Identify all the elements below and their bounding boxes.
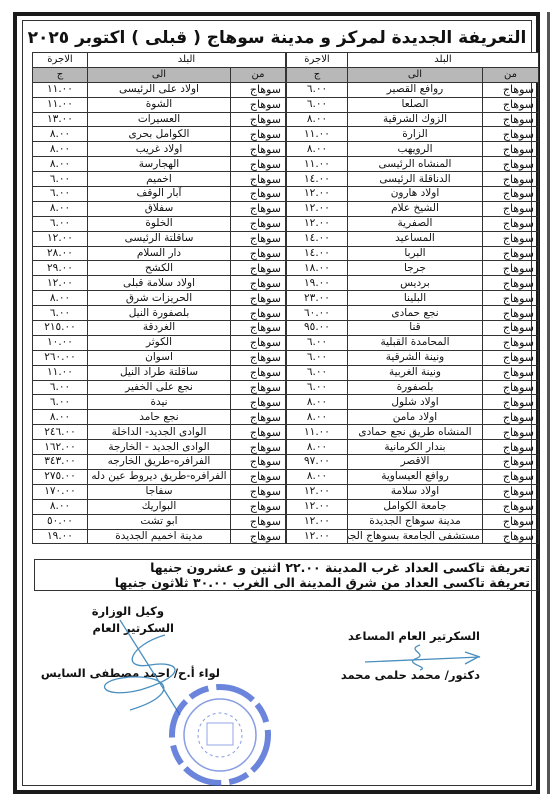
cell-to: المنشاه طريق نجع حمادى <box>348 425 483 440</box>
table-row: سوهاجونينة الغربية٦.٠٠ <box>287 365 539 380</box>
cell-fare: ٩٧.٠٠ <box>287 455 348 470</box>
cell-from: سوهاج <box>483 172 539 187</box>
table-row: سوهاجالصلعا٦.٠٠ <box>287 97 539 112</box>
cell-fare: ٦.٠٠ <box>33 172 88 187</box>
cell-to: اولاد غريب <box>88 142 231 157</box>
cell-from: سوهاج <box>231 231 286 246</box>
cell-fare: ٨.٠٠ <box>33 291 88 306</box>
cell-fare: ٢١٥.٠٠ <box>33 321 88 336</box>
cell-fare: ٥٠.٠٠ <box>33 514 88 529</box>
cell-fare: ١٢.٠٠ <box>287 187 348 202</box>
cell-from: سوهاج <box>483 395 539 410</box>
cell-from: سوهاج <box>231 261 286 276</box>
cell-to: بلصفورة <box>348 380 483 395</box>
table-row: سوهاجسفاجا١٧٠.٠٠ <box>33 484 286 499</box>
cell-fare: ٢٣.٠٠ <box>287 291 348 306</box>
cell-fare: ٦.٠٠ <box>33 380 88 395</box>
cell-fare: ١٩.٠٠ <box>33 529 88 544</box>
cell-to: ونينة الشرقية <box>348 350 483 365</box>
cell-from: سوهاج <box>231 97 286 112</box>
cell-from: سوهاج <box>483 142 539 157</box>
cell-to: نجع على الخفير <box>88 380 231 395</box>
cell-from: سوهاج <box>231 455 286 470</box>
cell-fare: ١٢.٠٠ <box>287 499 348 514</box>
cell-fare: ٩٥.٠٠ <box>287 321 348 336</box>
cell-fare: ١١.٠٠ <box>287 127 348 142</box>
cell-fare: ١٢.٠٠ <box>33 276 88 291</box>
cell-from: سوهاج <box>483 484 539 499</box>
cell-to: الزارة <box>348 127 483 142</box>
cell-to: اخميم <box>88 172 231 187</box>
header-fare: الاجرة <box>287 53 348 68</box>
table-row: سوهاجالمنشاه طريق نجع حمادى١١.٠٠ <box>287 425 539 440</box>
cell-fare: ٢٧٥.٠٠ <box>33 469 88 484</box>
cell-fare: ١٤.٠٠ <box>287 246 348 261</box>
table-row: سوهاجالبلينا٢٣.٠٠ <box>287 291 539 306</box>
cell-from: سوهاج <box>231 440 286 455</box>
cell-to: الفرافره-طريق ديروط عين دله <box>88 469 231 484</box>
table-row: سوهاجالبربا١٤.٠٠ <box>287 246 539 261</box>
cell-fare: ٦.٠٠ <box>287 82 348 97</box>
cell-from: سوهاج <box>483 187 539 202</box>
cell-to: مدينة اخميم الجديدة <box>88 529 231 544</box>
cell-fare: ١٢.٠٠ <box>287 201 348 216</box>
cell-fare: ١٢.٠٠ <box>287 216 348 231</box>
cell-from: سوهاج <box>231 142 286 157</box>
cell-to: الشوة <box>88 97 231 112</box>
cell-from: سوهاج <box>483 246 539 261</box>
cell-fare: ٦.٠٠ <box>287 365 348 380</box>
table-row: سوهاجسفلاق٨.٠٠ <box>33 201 286 216</box>
cell-to: جامعة الكوامل <box>348 499 483 514</box>
table-row: سوهاجالشوة١١.٠٠ <box>33 97 286 112</box>
table-row: سوهاجاخميم٦.٠٠ <box>33 172 286 187</box>
cell-to: الزوك الشرقية <box>348 112 483 127</box>
cell-from: سوهاج <box>483 469 539 484</box>
cell-from: سوهاج <box>231 350 286 365</box>
cell-to: الخلوة <box>88 216 231 231</box>
cell-to: الوادى الجديد- الداخلة <box>88 425 231 440</box>
table-row: سوهاجالزوك الشرقية٨.٠٠ <box>287 112 539 127</box>
cell-fare: ١٣.٠٠ <box>33 112 88 127</box>
cell-from: سوهاج <box>231 201 286 216</box>
table-row: سوهاجمستشفى الجامعة بسوهاج الجديدة١٢.٠٠ <box>287 529 539 544</box>
cell-fare: ١٧٠.٠٠ <box>33 484 88 499</box>
cell-to: قنا <box>348 321 483 336</box>
cell-from: سوهاج <box>483 276 539 291</box>
header-currency: ج <box>287 67 348 82</box>
cell-to: جرجا <box>348 261 483 276</box>
cell-from: سوهاج <box>483 201 539 216</box>
cell-from: سوهاج <box>231 291 286 306</box>
table-row: سوهاجاولاد مامن٨.٠٠ <box>287 410 539 425</box>
cell-fare: ١١.٠٠ <box>33 97 88 112</box>
document-title: التعريفة الجديدة لمركز و مدينة سوهاج ( ق… <box>24 28 530 48</box>
cell-from: سوهاج <box>483 157 539 172</box>
cell-to: الكوثر <box>88 335 231 350</box>
header-from: من <box>231 67 286 82</box>
cell-fare: ١٨.٠٠ <box>287 261 348 276</box>
table-row: سوهاجالبواريك٨.٠٠ <box>33 499 286 514</box>
cell-from: سوهاج <box>231 187 286 202</box>
cell-from: سوهاج <box>231 395 286 410</box>
cell-from: سوهاج <box>483 335 539 350</box>
cell-from: سوهاج <box>231 380 286 395</box>
table-row: سوهاجبلصفورة٦.٠٠ <box>287 380 539 395</box>
table-row: سوهاجاولاد على الرئيسى١١.٠٠ <box>33 82 286 97</box>
cell-to: المساعيد <box>348 231 483 246</box>
cell-from: سوهاج <box>231 365 286 380</box>
cell-from: سوهاج <box>483 410 539 425</box>
cell-to: اولاد هارون <box>348 187 483 202</box>
table-row: سوهاجدار السلام٢٨.٠٠ <box>33 246 286 261</box>
cell-fare: ٣٤٣.٠٠ <box>33 455 88 470</box>
cell-to: الكشح <box>88 261 231 276</box>
cell-to: دار السلام <box>88 246 231 261</box>
table-row: سوهاجالفرافره-طريق الخارجه٣٤٣.٠٠ <box>33 455 286 470</box>
cell-to: البواريك <box>88 499 231 514</box>
cell-from: سوهاج <box>483 216 539 231</box>
table-row: سوهاجالغردقة٢١٥.٠٠ <box>33 321 286 336</box>
fare-table-right: البلد الاجرة من الى ج سوهاجروافع القصير٦… <box>286 52 539 544</box>
cell-to: اولاد سلامة <box>348 484 483 499</box>
cell-from: سوهاج <box>231 321 286 336</box>
table-row: سوهاجالصفرية١٢.٠٠ <box>287 216 539 231</box>
cell-to: سفلاق <box>88 201 231 216</box>
table-row: سوهاجاولاد هارون١٢.٠٠ <box>287 187 539 202</box>
cell-to: روافع القصير <box>348 82 483 97</box>
cell-from: سوهاج <box>483 440 539 455</box>
cell-to: الشيخ علام <box>348 201 483 216</box>
cell-to: نجع حامد <box>88 410 231 425</box>
cell-from: سوهاج <box>231 514 286 529</box>
table-row: سوهاجنجع على الخفير٦.٠٠ <box>33 380 286 395</box>
cell-from: سوهاج <box>483 82 539 97</box>
cell-fare: ٦.٠٠ <box>287 335 348 350</box>
note-east-west: تعريفة تاكسى العداد من شرق المدينة الى ا… <box>35 575 530 590</box>
table-row: سوهاجنجع حمادى٦٠.٠٠ <box>287 306 539 321</box>
cell-fare: ١٩.٠٠ <box>287 276 348 291</box>
cell-to: اولاد سلامة قبلى <box>88 276 231 291</box>
table-row: سوهاججامعة الكوامل١٢.٠٠ <box>287 499 539 514</box>
fare-tables: البلد الاجرة من الى ج سوهاجروافع القصير٦… <box>34 52 539 544</box>
cell-fare: ٨.٠٠ <box>287 142 348 157</box>
cell-to: الرويهب <box>348 142 483 157</box>
cell-fare: ١٢.٠٠ <box>287 529 348 544</box>
table-row: سوهاجالكوثر١٠.٠٠ <box>33 335 286 350</box>
cell-from: سوهاج <box>231 112 286 127</box>
cell-fare: ١١.٠٠ <box>33 82 88 97</box>
table-row: سوهاجنيدة٦.٠٠ <box>33 395 286 410</box>
cell-from: سوهاج <box>231 410 286 425</box>
table-row: سوهاجابو تشت٥٠.٠٠ <box>33 514 286 529</box>
table-row: سوهاجبندار الكرمانية٨.٠٠ <box>287 440 539 455</box>
table-row: سوهاجالمنشاه الرئيسى١١.٠٠ <box>287 157 539 172</box>
cell-to: الغردقة <box>88 321 231 336</box>
cell-from: سوهاج <box>231 276 286 291</box>
cell-fare: ٦.٠٠ <box>33 216 88 231</box>
cell-from: سوهاج <box>231 82 286 97</box>
cell-fare: ١٤.٠٠ <box>287 172 348 187</box>
fare-table-left: البلد الاجرة من الى ج سوهاجاولاد على الر… <box>32 52 286 544</box>
cell-fare: ١١.٠٠ <box>33 365 88 380</box>
cell-from: سوهاج <box>231 499 286 514</box>
header-fare: الاجرة <box>33 53 88 68</box>
cell-fare: ٢٦٠.٠٠ <box>33 350 88 365</box>
table-row: سوهاجآبار الوقف٦.٠٠ <box>33 187 286 202</box>
cell-from: سوهاج <box>483 127 539 142</box>
cell-from: سوهاج <box>483 306 539 321</box>
cell-from: سوهاج <box>231 529 286 544</box>
cell-fare: ١١.٠٠ <box>287 157 348 172</box>
header-to: الى <box>88 67 231 82</box>
table-row: سوهاجمدينة سوهاج الجديدة١٢.٠٠ <box>287 514 539 529</box>
table-row: سوهاجالوادى الجديد- الداخلة٢٤٦.٠٠ <box>33 425 286 440</box>
cell-from: سوهاج <box>231 127 286 142</box>
table-row: سوهاجالزارة١١.٠٠ <box>287 127 539 142</box>
cell-to: مدينة سوهاج الجديدة <box>348 514 483 529</box>
cell-to: آبار الوقف <box>88 187 231 202</box>
cell-from: سوهاج <box>231 172 286 187</box>
cell-to: البلينا <box>348 291 483 306</box>
cell-fare: ٨.٠٠ <box>287 440 348 455</box>
cell-to: الوادى الجديد - الخارجة <box>88 440 231 455</box>
cell-fare: ٨.٠٠ <box>287 469 348 484</box>
cell-from: سوهاج <box>483 499 539 514</box>
cell-to: نيدة <box>88 395 231 410</box>
cell-fare: ٦.٠٠ <box>287 380 348 395</box>
cell-fare: ٨.٠٠ <box>33 127 88 142</box>
table-row: سوهاجالمساعيد١٤.٠٠ <box>287 231 539 246</box>
table-row: سوهاجاولاد سلامة قبلى١٢.٠٠ <box>33 276 286 291</box>
cell-fare: ١٢.٠٠ <box>287 514 348 529</box>
table-row: سوهاجمدينة اخميم الجديدة١٩.٠٠ <box>33 529 286 544</box>
header-currency: ج <box>33 67 88 82</box>
table-row: سوهاجالكشح٢٩.٠٠ <box>33 261 286 276</box>
cell-to: ساقلتة الرئيسى <box>88 231 231 246</box>
table-row: سوهاجالدناقلة الرئيسى١٤.٠٠ <box>287 172 539 187</box>
cell-from: سوهاج <box>483 425 539 440</box>
table-row: سوهاجالرويهب٨.٠٠ <box>287 142 539 157</box>
cell-fare: ٦.٠٠ <box>287 97 348 112</box>
cell-fare: ١٤.٠٠ <box>287 231 348 246</box>
table-row: سوهاجبلصفورة النيل٦.٠٠ <box>33 306 286 321</box>
cell-to: برديس <box>348 276 483 291</box>
page-border-edge <box>547 12 550 794</box>
cell-to: الهجارسة <box>88 157 231 172</box>
cell-to: مستشفى الجامعة بسوهاج الجديدة <box>348 529 483 544</box>
table-row: سوهاجالاقصر٩٧.٠٠ <box>287 455 539 470</box>
table-row: سوهاجنجع حامد٨.٠٠ <box>33 410 286 425</box>
table-row: سوهاجاولاد شلول٨.٠٠ <box>287 395 539 410</box>
table-row: سوهاججرجا١٨.٠٠ <box>287 261 539 276</box>
cell-fare: ٨.٠٠ <box>33 157 88 172</box>
cell-to: اولاد على الرئيسى <box>88 82 231 97</box>
cell-from: سوهاج <box>483 291 539 306</box>
cell-to: بندار الكرمانية <box>348 440 483 455</box>
cell-fare: ٨.٠٠ <box>287 395 348 410</box>
cell-fare: ٦.٠٠ <box>33 395 88 410</box>
cell-from: سوهاج <box>483 112 539 127</box>
table-row: سوهاجالحريزات شرق٨.٠٠ <box>33 291 286 306</box>
cell-fare: ٢٩.٠٠ <box>33 261 88 276</box>
cell-to: المنشاه الرئيسى <box>348 157 483 172</box>
table-row: سوهاجالشيخ علام١٢.٠٠ <box>287 201 539 216</box>
cell-to: سفاجا <box>88 484 231 499</box>
cell-fare: ٢٤٦.٠٠ <box>33 425 88 440</box>
table-row: سوهاجاولاد سلامة١٢.٠٠ <box>287 484 539 499</box>
table-row: سوهاجساقلتة طراد النيل١١.٠٠ <box>33 365 286 380</box>
cell-from: سوهاج <box>231 157 286 172</box>
header-place: البلد <box>348 53 539 68</box>
cell-to: ابو تشت <box>88 514 231 529</box>
cell-to: الحريزات شرق <box>88 291 231 306</box>
cell-fare: ٨.٠٠ <box>33 410 88 425</box>
handwritten-signature-icon <box>360 642 490 672</box>
table-row: سوهاجبرديس١٩.٠٠ <box>287 276 539 291</box>
cell-to: الكوامل بحرى <box>88 127 231 142</box>
cell-fare: ٨.٠٠ <box>33 499 88 514</box>
cell-fare: ١٢.٠٠ <box>33 231 88 246</box>
table-row: سوهاجساقلتة الرئيسى١٢.٠٠ <box>33 231 286 246</box>
cell-from: سوهاج <box>483 261 539 276</box>
cell-from: سوهاج <box>483 350 539 365</box>
cell-from: سوهاج <box>483 97 539 112</box>
cell-to: العسيرات <box>88 112 231 127</box>
table-row: سوهاجروافع العيساوية٨.٠٠ <box>287 469 539 484</box>
cell-fare: ٢٨.٠٠ <box>33 246 88 261</box>
note-west: تعريفة تاكسى العداد غرب المدينة ٢٢.٠٠ اث… <box>35 560 530 575</box>
cell-fare: ٦.٠٠ <box>287 350 348 365</box>
cell-from: سوهاج <box>231 484 286 499</box>
cell-fare: ١١.٠٠ <box>287 425 348 440</box>
table-row: سوهاجالخلوة٦.٠٠ <box>33 216 286 231</box>
cell-fare: ٦.٠٠ <box>33 187 88 202</box>
cell-fare: ٦.٠٠ <box>33 306 88 321</box>
table-row: سوهاجالمحامدة القبلية٦.٠٠ <box>287 335 539 350</box>
table-row: سوهاجالهجارسة٨.٠٠ <box>33 157 286 172</box>
cell-from: سوهاج <box>231 425 286 440</box>
cell-from: سوهاج <box>231 246 286 261</box>
cell-fare: ١٦٢.٠٠ <box>33 440 88 455</box>
cell-from: سوهاج <box>483 514 539 529</box>
cell-to: اسوان <box>88 350 231 365</box>
cell-to: اولاد مامن <box>348 410 483 425</box>
cell-from: سوهاج <box>483 380 539 395</box>
table-row: سوهاجالفرافره-طريق ديروط عين دله٢٧٥.٠٠ <box>33 469 286 484</box>
cell-to: الصلعا <box>348 97 483 112</box>
cell-to: الدناقلة الرئيسى <box>348 172 483 187</box>
official-stamp-icon <box>165 683 275 788</box>
header-place: البلد <box>88 53 286 68</box>
cell-from: سوهاج <box>483 321 539 336</box>
table-row: سوهاجالعسيرات١٣.٠٠ <box>33 112 286 127</box>
cell-fare: ٦٠.٠٠ <box>287 306 348 321</box>
cell-to: روافع العيساوية <box>348 469 483 484</box>
cell-fare: ١٠.٠٠ <box>33 335 88 350</box>
cell-to: البربا <box>348 246 483 261</box>
cell-from: سوهاج <box>231 216 286 231</box>
table-row: سوهاجالوادى الجديد - الخارجة١٦٢.٠٠ <box>33 440 286 455</box>
cell-to: نجع حمادى <box>348 306 483 321</box>
cell-fare: ٨.٠٠ <box>287 112 348 127</box>
cell-from: سوهاج <box>483 231 539 246</box>
cell-from: سوهاج <box>483 455 539 470</box>
table-row: سوهاجقنا٩٥.٠٠ <box>287 321 539 336</box>
cell-fare: ١٢.٠٠ <box>287 484 348 499</box>
cell-from: سوهاج <box>231 306 286 321</box>
cell-to: المحامدة القبلية <box>348 335 483 350</box>
cell-to: ونينة الغربية <box>348 365 483 380</box>
cell-to: اولاد شلول <box>348 395 483 410</box>
cell-to: الاقصر <box>348 455 483 470</box>
header-to: الى <box>348 67 483 82</box>
taxi-meter-notes: تعريفة تاكسى العداد غرب المدينة ٢٢.٠٠ اث… <box>34 559 539 591</box>
header-from: من <box>483 67 539 82</box>
cell-from: سوهاج <box>483 529 539 544</box>
cell-from: سوهاج <box>231 469 286 484</box>
table-row: سوهاجالكوامل بحرى٨.٠٠ <box>33 127 286 142</box>
cell-to: الصفرية <box>348 216 483 231</box>
cell-to: ساقلتة طراد النيل <box>88 365 231 380</box>
cell-fare: ٨.٠٠ <box>33 201 88 216</box>
cell-to: بلصفورة النيل <box>88 306 231 321</box>
table-row: سوهاجاسوان٢٦٠.٠٠ <box>33 350 286 365</box>
cell-from: سوهاج <box>483 365 539 380</box>
cell-from: سوهاج <box>231 335 286 350</box>
cell-fare: ٨.٠٠ <box>33 142 88 157</box>
table-row: سوهاجاولاد غريب٨.٠٠ <box>33 142 286 157</box>
table-row: سوهاجونينة الشرقية٦.٠٠ <box>287 350 539 365</box>
table-row: سوهاجروافع القصير٦.٠٠ <box>287 82 539 97</box>
cell-fare: ٨.٠٠ <box>287 410 348 425</box>
cell-to: الفرافره-طريق الخارجه <box>88 455 231 470</box>
